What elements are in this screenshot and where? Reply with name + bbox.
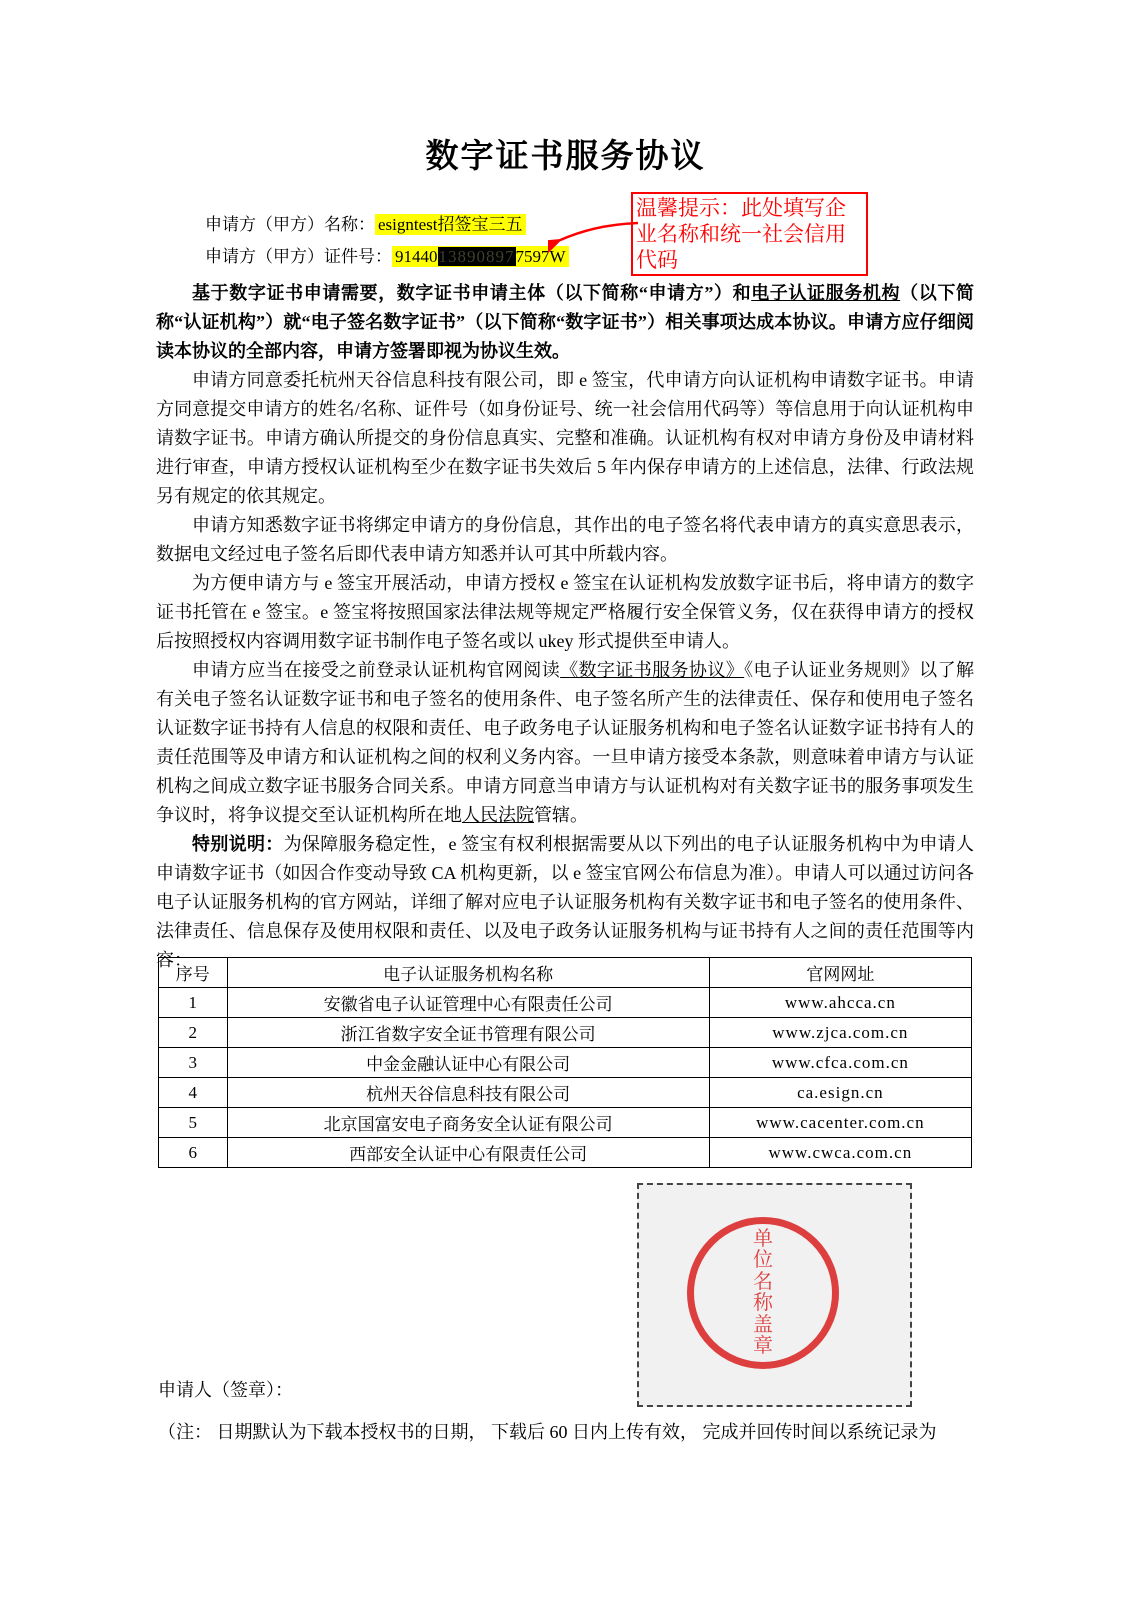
tip-arrow-icon	[548, 214, 640, 254]
text-segment: 申请方知悉数字证书将绑定申请方的身份信息，其作出的电子签名将代表申请方的真实意思…	[156, 515, 974, 564]
text-segment: 申请方应当在接受之前登录认证机构官网阅读	[192, 660, 560, 680]
text-segment: 管辖。	[534, 805, 588, 825]
applicant-name-row: 申请方（甲方）名称：esigntest招签宝三五	[205, 214, 569, 236]
agreement-body: 基于数字证书申请需要，数字证书申请主体（以下简称“申请方”）和电子认证服务机构（…	[156, 279, 974, 975]
signature-label: 申请人（签章）：	[158, 1376, 293, 1402]
provider-name-cell: 安徽省电子认证管理中心有限责任公司	[227, 988, 709, 1018]
text-segment: 为方便申请方与 e 签宝开展活动，申请方授权 e 签宝在认证机构发放数字证书后，…	[156, 573, 974, 651]
text-segment: 基于数字证书申请需要，数字证书申请主体（以下简称“申请方”）和	[192, 283, 751, 303]
table-header-cell: 电子认证服务机构名称	[227, 958, 709, 988]
id-redaction: 13890897	[438, 247, 516, 266]
link-text: 《数字证书服务协议》	[560, 660, 744, 680]
paragraph: 申请方同意委托杭州天谷信息科技有限公司，即 e 签宝，代申请方向认证机构申请数字…	[156, 366, 974, 511]
paragraph: 基于数字证书申请需要，数字证书申请主体（以下简称“申请方”）和电子认证服务机构（…	[156, 279, 974, 366]
provider-url-cell: www.cfca.com.cn	[709, 1048, 971, 1078]
applicant-id-label: 申请方（甲方）证件号：	[205, 247, 392, 266]
row-number-cell: 2	[159, 1018, 228, 1048]
row-number-cell: 1	[159, 988, 228, 1018]
table-row: 3中金金融认证中心有限公司www.cfca.com.cn	[159, 1048, 972, 1078]
applicant-id-row: 申请方（甲方）证件号：91440138908977597W	[205, 246, 569, 268]
provider-name-cell: 北京国富安电子商务安全认证有限公司	[227, 1108, 709, 1138]
table-row: 5北京国富安电子商务安全认证有限公司www.cacenter.com.cn	[159, 1108, 972, 1138]
row-number-cell: 6	[159, 1138, 228, 1168]
id-prefix: 91440	[395, 247, 438, 266]
page-title: 数字证书服务协议	[0, 130, 1131, 177]
provider-url-cell: www.ahcca.cn	[709, 988, 971, 1018]
applicant-id-value: 91440138908977597W	[392, 246, 569, 267]
provider-url-cell: www.zjca.com.cn	[709, 1018, 971, 1048]
table-header-row: 序号电子认证服务机构名称官网网址	[159, 958, 972, 988]
link-text: 人民法院	[462, 805, 534, 825]
table-row: 2浙江省数字安全证书管理有限公司www.zjca.com.cn	[159, 1018, 972, 1048]
applicant-name-value: esigntest招签宝三五	[375, 214, 526, 235]
table-row: 4杭州天谷信息科技有限公司ca.esign.cn	[159, 1078, 972, 1108]
text-segment: 为保障服务稳定性，e 签宝有权利根据需要从以下列出的电子认证服务机构中为申请人申…	[156, 834, 974, 970]
table-row: 6西部安全认证中心有限责任公司www.cwca.com.cn	[159, 1138, 972, 1168]
table-row: 1安徽省电子认证管理中心有限责任公司www.ahcca.cn	[159, 988, 972, 1018]
row-number-cell: 4	[159, 1078, 228, 1108]
applicant-name-label: 申请方（甲方）名称：	[205, 215, 375, 234]
provider-name-cell: 杭州天谷信息科技有限公司	[227, 1078, 709, 1108]
text-segment: 《电子认证业务规则》以了解有关电子签名认证数字证书和电子签名的使用条件、电子签名…	[156, 660, 974, 825]
provider-url-cell: www.cwca.com.cn	[709, 1138, 971, 1168]
text-segment: 特别说明：	[192, 834, 284, 854]
table-body: 1安徽省电子认证管理中心有限责任公司www.ahcca.cn2浙江省数字安全证书…	[159, 988, 972, 1168]
stamp-text: 单位名称盖章	[752, 1229, 774, 1358]
provider-url-cell: ca.esign.cn	[709, 1078, 971, 1108]
provider-name-cell: 浙江省数字安全证书管理有限公司	[227, 1018, 709, 1048]
paragraph: 特别说明：为保障服务稳定性，e 签宝有权利根据需要从以下列出的电子认证服务机构中…	[156, 830, 974, 975]
provider-url-cell: www.cacenter.com.cn	[709, 1108, 971, 1138]
paragraph: 申请方应当在接受之前登录认证机构官网阅读《数字证书服务协议》《电子认证业务规则》…	[156, 656, 974, 830]
row-number-cell: 5	[159, 1108, 228, 1138]
provider-name-cell: 西部安全认证中心有限责任公司	[227, 1138, 709, 1168]
stamp-box[interactable]: 单位名称盖章	[637, 1183, 912, 1407]
applicant-fields: 申请方（甲方）名称：esigntest招签宝三五 申请方（甲方）证件号：9144…	[205, 214, 569, 278]
tip-annotation-box: 温馨提示：此处填写企业名称和统一社会信用代码	[631, 192, 868, 276]
table-header-cell: 序号	[159, 958, 228, 988]
agreement-page: 数字证书服务协议 申请方（甲方）名称：esigntest招签宝三五 申请方（甲方…	[0, 0, 1131, 1600]
link-text: 电子认证服务机构	[751, 283, 900, 303]
paragraph: 申请方知悉数字证书将绑定申请方的身份信息，其作出的电子签名将代表申请方的真实意思…	[156, 511, 974, 569]
text-segment: 申请方同意委托杭州天谷信息科技有限公司，即 e 签宝，代申请方向认证机构申请数字…	[156, 370, 974, 506]
paragraph: 为方便申请方与 e 签宝开展活动，申请方授权 e 签宝在认证机构发放数字证书后，…	[156, 569, 974, 656]
stamp-circle: 单位名称盖章	[687, 1217, 839, 1369]
provider-name-cell: 中金金融认证中心有限公司	[227, 1048, 709, 1078]
footnote: （注： 日期默认为下载本授权书的日期， 下载后 60 日内上传有效， 完成并回传…	[158, 1419, 982, 1445]
table-header-cell: 官网网址	[709, 958, 971, 988]
row-number-cell: 3	[159, 1048, 228, 1078]
ca-provider-table: 序号电子认证服务机构名称官网网址 1安徽省电子认证管理中心有限责任公司www.a…	[158, 957, 972, 1168]
